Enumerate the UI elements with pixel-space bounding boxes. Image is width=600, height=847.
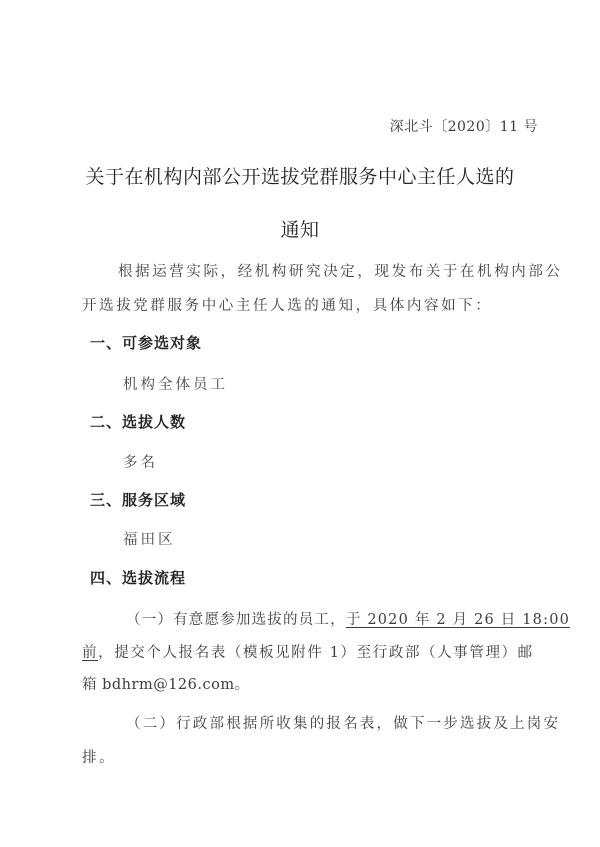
section-heading-eligibility: 一、可参选对象 bbox=[90, 332, 202, 353]
intro-paragraph-line2: 开选拔党群服务中心主任人选的通知，具体内容如下： bbox=[82, 294, 492, 315]
document-title-line2: 通知 bbox=[0, 215, 600, 242]
section-content-eligibility: 机构全体员工 bbox=[123, 373, 228, 394]
document-title-line1: 关于在机构内部公开选拔党群服务中心主任人选的 bbox=[0, 162, 600, 189]
process-step1-deadline: 于 2020 年 2 月 26 日 18:00 bbox=[346, 612, 570, 628]
document-number: 深北斗〔2020〕11 号 bbox=[390, 116, 538, 136]
process-step2-line1: （二）行政部根据所收集的报名表，做下一步选拔及上岗安 bbox=[126, 712, 560, 733]
section-heading-area: 三、服务区域 bbox=[90, 489, 186, 510]
process-step1-rest: ，提交个人报名表（模板见附件 1）至行政部（人事管理）邮 bbox=[98, 645, 534, 661]
intro-paragraph-line1: 根据运营实际，经机构研究决定，现发布关于在机构内部公 bbox=[118, 260, 563, 281]
section-heading-process: 四、选拔流程 bbox=[90, 567, 186, 588]
process-step1-line3: 箱 bdhrm@126.com。 bbox=[82, 673, 250, 694]
section-content-count: 多名 bbox=[123, 451, 158, 472]
process-step2-line2: 排。 bbox=[82, 746, 116, 767]
process-step1-prefix: （一）有意愿参加选拔的员工， bbox=[126, 612, 346, 628]
section-heading-count: 二、选拔人数 bbox=[90, 411, 186, 432]
process-step1-line1: （一）有意愿参加选拔的员工，于 2020 年 2 月 26 日 18:00 bbox=[126, 608, 570, 629]
section-content-area: 福田区 bbox=[123, 528, 176, 549]
process-step1-deadline-end: 前 bbox=[82, 645, 98, 661]
process-step1-line2: 前，提交个人报名表（模板见附件 1）至行政部（人事管理）邮 bbox=[82, 641, 534, 662]
